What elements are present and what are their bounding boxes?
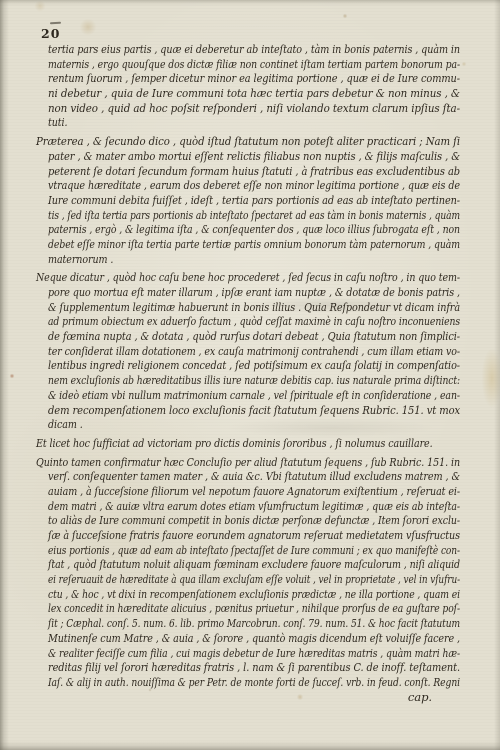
text-line: & realiter feciſſe cum filia , cui magis… bbox=[36, 646, 460, 661]
text-line: tuti. bbox=[36, 115, 460, 130]
text-line: nem excluſionis ab hæreditatibus illis i… bbox=[36, 373, 460, 388]
text-line: ter conſiderat illam dotationem , ex cau… bbox=[36, 344, 460, 359]
text-line: to aliàs de Iure communi competit in bon… bbox=[36, 513, 460, 528]
text-line: ni debetur , quia de Iure communi tota h… bbox=[36, 86, 460, 101]
text-line: paternis , ergò , & legitima iſta , & co… bbox=[36, 222, 460, 237]
catchword: cap. bbox=[36, 690, 460, 705]
text-line: pater , & mater ambo mortui eſſent relic… bbox=[36, 149, 460, 164]
text-line: ſit ; Cæphal. conſ. 5. num. 6. lib. prim… bbox=[36, 616, 460, 631]
text-line: vtraque hæreditate , earum dos deberet e… bbox=[36, 178, 460, 193]
text-line: verſ. conſequenter tamen mater , & auia … bbox=[36, 469, 460, 484]
text-line: maternis , ergo quouſque dos dictæ filiæ… bbox=[36, 57, 460, 72]
text-line: ei reſeruauit de hæreditate à qua illam … bbox=[36, 572, 460, 587]
text-line: Iure communi debita fuiſſet , ideſt , te… bbox=[36, 193, 460, 208]
text-line: rentum ſuorum , ſemper dicetur minor ea … bbox=[36, 71, 460, 86]
text-line: Mutinenſe cum Matre , & auia , & ſorore … bbox=[36, 631, 460, 646]
page-number: 20 bbox=[41, 26, 60, 41]
text-line: ad primum obiectum ex aduerſo factum , q… bbox=[36, 314, 460, 329]
text-line: ſæ à ſucceſsione fratris fauore eorundem… bbox=[36, 528, 460, 543]
text-line: Quinto tamen confirmatur hæc Concluſio p… bbox=[36, 455, 460, 470]
text-line: reditas filij vel ſorori hæreditas fratr… bbox=[36, 660, 460, 675]
text-line: Neque dicatur , quòd hoc caſu bene hoc p… bbox=[36, 270, 460, 285]
text-line: dem matri , & auiæ vltra earum dotes eti… bbox=[36, 499, 460, 514]
text-line: eius portionis , quæ ad eam ab inteſtato… bbox=[36, 543, 460, 558]
paragraph: Neque dicatur , quòd hoc caſu bene hoc p… bbox=[36, 270, 460, 432]
text-line: dicam . bbox=[36, 417, 460, 432]
text-block: tertia pars eius partis , quæ ei deberet… bbox=[36, 42, 460, 704]
paragraph: Præterea , & ſecundo dico , quòd iſtud ſ… bbox=[36, 134, 460, 266]
text-line: peterent ſe dotari ſecundum formam huius… bbox=[36, 164, 460, 179]
text-line: lex concedit in hæreditate alicuius , pœ… bbox=[36, 601, 460, 616]
text-line: auiam , à ſucceſsione filiorum vel nepot… bbox=[36, 484, 460, 499]
paragraph: tertia pars eius partis , quæ ei deberet… bbox=[36, 42, 460, 130]
text-line: ctu , & hoc , vt dixi in recompenſatione… bbox=[36, 587, 460, 602]
ink-smudge bbox=[50, 22, 61, 25]
text-line: maternorum . bbox=[36, 252, 460, 267]
paragraph: Et licet hoc ſufficiat ad victoriam pro … bbox=[36, 436, 460, 451]
paragraph: Quinto tamen confirmatur hæc Concluſio p… bbox=[36, 455, 460, 690]
text-line: Iaſ. & alij in auth. nouiſſima & per Pet… bbox=[36, 675, 460, 690]
text-line: Et licet hoc ſufficiat ad victoriam pro … bbox=[36, 436, 460, 451]
text-line: debet eſſe minor iſta tertia parte terti… bbox=[36, 237, 460, 252]
text-line: de fœmina nupta , & dotata , quòd rurſus… bbox=[36, 329, 460, 344]
text-line: non video , quid ad hoc poſsit reſponder… bbox=[36, 101, 460, 116]
text-line: dem recompenſationem loco excluſionis fa… bbox=[36, 403, 460, 418]
text-line: tis , ſed iſta tertia pars portionis ab … bbox=[36, 208, 460, 223]
text-line: lentibus ingredi religionem concedat , ſ… bbox=[36, 358, 460, 373]
text-line: Præterea , & ſecundo dico , quòd iſtud ſ… bbox=[36, 134, 460, 149]
text-line: & ideò etiam vbi nullum matrimonium carn… bbox=[36, 388, 460, 403]
text-line: & ſupplementum legitimæ habuerunt in bon… bbox=[36, 300, 460, 315]
text-line: pore quo mortua eſt mater illarum , ipſæ… bbox=[36, 285, 460, 300]
text-line: ſtat , quòd ſtatutum noluit aliquam fœmi… bbox=[36, 557, 460, 572]
book-page-scan: 20 tertia pars eius partis , quæ ei debe… bbox=[0, 0, 500, 750]
text-line: tertia pars eius partis , quæ ei deberet… bbox=[36, 42, 460, 57]
